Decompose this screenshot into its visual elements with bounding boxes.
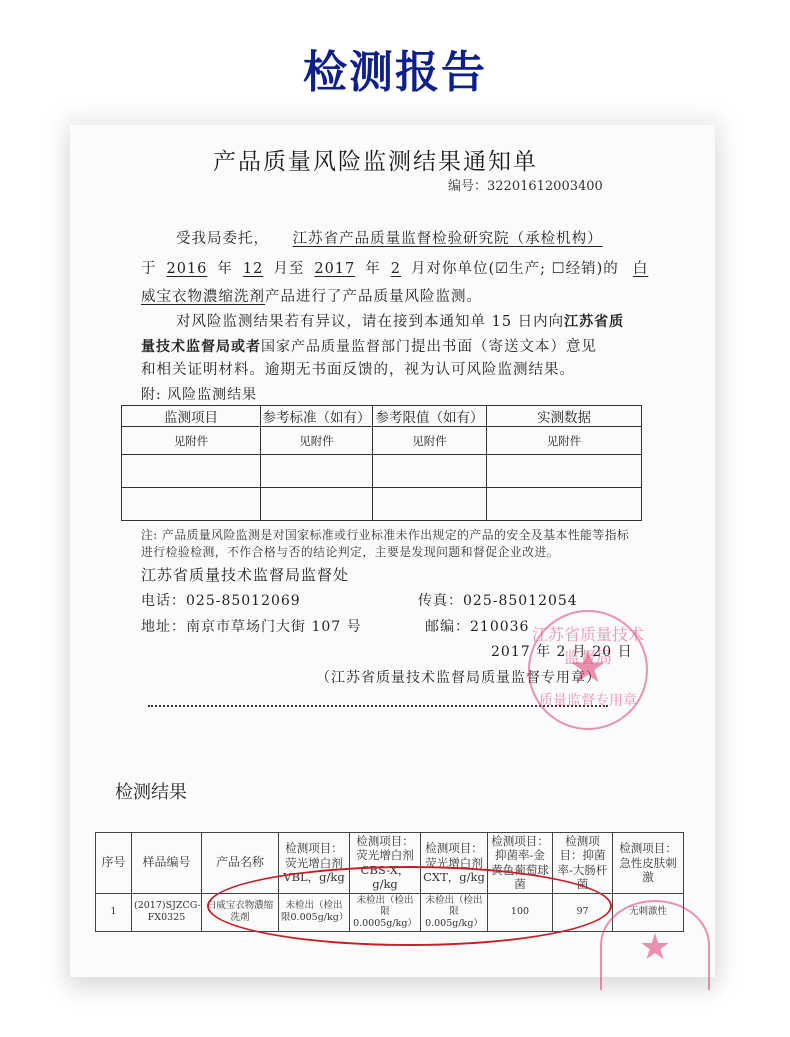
table-row — [122, 455, 642, 488]
stamp-bottom-text: 质量监督专用章 — [530, 690, 646, 710]
address-value: 南京市草场门大街 107 号 — [186, 619, 362, 635]
para2-line3: 和相关证明材料。逾期无书面反馈的，视为认可风险监测结果。 — [141, 358, 575, 379]
month-label: 月 — [273, 261, 289, 277]
header-cell: 检测项目：急性皮肤刺激 — [613, 833, 684, 894]
table-row — [122, 488, 642, 521]
results-section-title: 检测结果 — [115, 778, 187, 804]
para2-text: 对风险监测结果若有异议，请在接到本通知单 15 日内向 — [176, 314, 564, 330]
para2-line1: 对风险监测结果若有异议，请在接到本通知单 15 日内向江苏省质 — [176, 310, 624, 331]
star-icon: ★ — [568, 646, 607, 690]
para1-tail: 产品进行了产品质量风险监测。 — [265, 289, 482, 305]
address: 地址：南京市草场门大街 107 号 — [141, 616, 362, 636]
postcode-value: 210036 — [470, 619, 529, 635]
start-year: 2016 — [157, 261, 218, 277]
star-icon: ★ — [639, 931, 671, 967]
header-cell: 监测项目 — [122, 406, 261, 427]
unit-type-text: 月对你单位(☑生产; ☐经销)的 — [411, 261, 619, 277]
table-cell — [487, 488, 642, 521]
table-cell — [373, 488, 487, 521]
para1-line2: 于2016年12月至2017年2月对你单位(☑生产; ☐经销)的白 — [141, 257, 648, 278]
table-cell: 见附件 — [261, 427, 373, 455]
address-label: 地址： — [141, 619, 186, 635]
end-year: 2017 — [304, 261, 365, 277]
header-cell: 样品编号 — [132, 833, 202, 894]
notice-number: 编号：32201612003400 — [448, 175, 603, 194]
banner-title: 检测报告 — [0, 36, 790, 100]
phone-label: 电话： — [141, 593, 186, 609]
para2-bold: 江苏省质 — [564, 314, 624, 330]
notice-title: 产品质量风险监测结果通知单 — [213, 143, 538, 176]
table-cell — [261, 455, 373, 488]
department-name: 江苏省质量技术监督局监督处 — [141, 564, 349, 585]
inspection-institution: 江苏省产品质量监督检验研究院（承检机构） — [275, 231, 603, 247]
para2-text: 提出书面（寄送文本）意见 — [411, 339, 597, 355]
header-cell: 参考标准（如有） — [261, 406, 373, 427]
fax-value: 025-85012054 — [463, 593, 578, 609]
risk-monitoring-table: 监测项目 参考标准（如有） 参考限值（如有） 实测数据 见附件 见附件 见附件 … — [121, 405, 642, 521]
para1-line3: 威宝衣物濃缩洗剤产品进行了产品质量风险监测。 — [141, 285, 482, 306]
product-name-part1: 白 — [619, 261, 649, 277]
phone-value: 025-85012069 — [186, 593, 301, 609]
table-header-row: 监测项目 参考标准（如有） 参考限值（如有） 实测数据 — [122, 406, 642, 427]
end-month: 2 — [381, 261, 411, 277]
official-stamp: 江苏省质量技术监督局 ★ 质量监督专用章 — [528, 610, 648, 730]
start-month: 12 — [233, 261, 273, 277]
notice-number-label: 编号： — [448, 179, 487, 194]
table-cell: 见附件 — [122, 427, 261, 455]
para1-line1: 受我局委托， 江苏省产品质量监督检验研究院（承检机构） — [176, 227, 603, 248]
official-stamp-partial: ★ — [600, 900, 710, 990]
para2-dept: 国家产品质量监督部门 — [261, 339, 411, 355]
phone: 电话：025-85012069 — [141, 590, 301, 610]
table-cell — [122, 455, 261, 488]
para2-line2: 量技术监督局或者国家产品质量监督部门提出书面（寄送文本）意见 — [141, 335, 597, 356]
para2-bold: 量技术监督局或者 — [141, 339, 261, 355]
table-cell: 见附件 — [487, 427, 642, 455]
year-label: 年 — [217, 261, 233, 277]
postcode: 邮编：210036 — [425, 616, 529, 636]
product-name-part2: 威宝衣物濃缩洗剤 — [141, 289, 265, 305]
header-cell: 序号 — [96, 833, 132, 894]
note-line2: 进行检验检测，不作合格与否的结论判定，主要是发现问题和督促企业改进。 — [141, 543, 559, 560]
fax-label: 传真： — [418, 593, 463, 609]
header-cell: 参考限值（如有） — [373, 406, 487, 427]
table-cell — [261, 488, 373, 521]
table-cell — [373, 455, 487, 488]
table-row: 见附件 见附件 见附件 见附件 — [122, 427, 642, 455]
table-cell: (2017)SJZCG-FX0325 — [132, 893, 202, 932]
text-to: 至 — [289, 261, 305, 277]
note-line1: 注: 产品质量风险监测是对国家标准或行业标准未作出规定的产品的安全及基本性能等指… — [141, 526, 629, 543]
year-label: 年 — [365, 261, 381, 277]
notice-number-value: 32201612003400 — [487, 179, 603, 194]
attachment-label: 附: 风险监测结果 — [141, 384, 257, 404]
table-cell: 见附件 — [373, 427, 487, 455]
table-cell — [122, 488, 261, 521]
header-cell: 实测数据 — [487, 406, 642, 427]
table-cell — [487, 455, 642, 488]
para1-intro: 受我局委托， — [176, 231, 269, 247]
fax: 传真：025-85012054 — [418, 590, 578, 610]
postcode-label: 邮编： — [425, 619, 470, 635]
text-from: 于 — [141, 261, 157, 277]
table-cell: 1 — [96, 893, 132, 932]
highlight-ellipse — [207, 866, 612, 946]
